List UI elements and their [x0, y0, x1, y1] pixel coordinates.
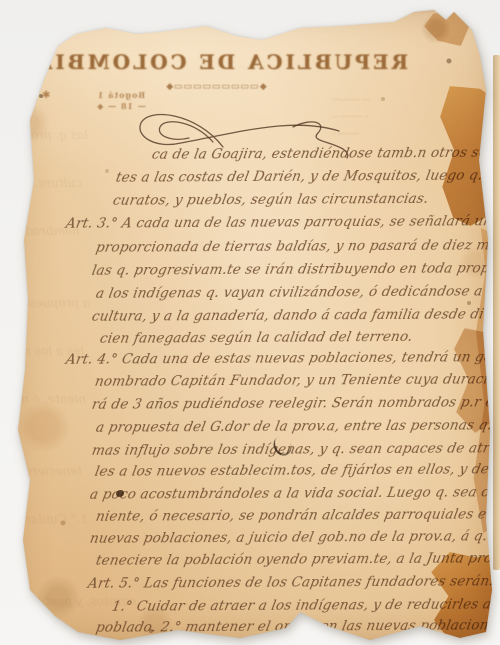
manuscript-line: 1.° Cuidar de atraer a los indígenas, y … — [110, 597, 492, 615]
paper-specks — [10, 10, 12, 12]
manuscript-line: mas influjo sobre los indígenas, y q. se… — [90, 440, 494, 459]
manuscript-line: a poco acostumbrándoles a la vida social… — [88, 484, 494, 503]
manuscript-line: a los indígenas q. vayan civilizándose, … — [94, 283, 494, 302]
manuscript-line: a propuesta del G.dor de la prov.a, entr… — [94, 417, 494, 436]
manuscript-line: poblado. 2.° mantener el orden en las nu… — [94, 618, 494, 636]
document-page: REPUBLICA DE COLOMBIA. ◆▭▭▭▭▭▭▭▭▭◆ ✱ Bog… — [10, 10, 494, 642]
manuscript-line: proporcionada de tierras baldías, y no p… — [94, 237, 494, 256]
photo-background: REPUBLICA DE COLOMBIA. ◆▭▭▭▭▭▭▭▭▭◆ ✱ Bog… — [0, 0, 500, 645]
bleed-through-ghost: 1.° Cuidar de atraer a los indígenas, y … — [12, 512, 88, 526]
manuscript-line: las q. progresivam.te se irán distribuye… — [90, 260, 494, 279]
manuscript-line: nombrado Capitán Fundador, y un Teniente… — [93, 371, 494, 390]
document-page-wrap: REPUBLICA DE COLOMBIA. ◆▭▭▭▭▭▭▭▭▭◆ ✱ Bog… — [10, 10, 494, 642]
bleed-through-ghost: teneciere la población oyendo previam.te… — [14, 464, 82, 478]
manuscript-line: tes a las costas del Darién, y de Mosqui… — [114, 168, 494, 186]
manuscript-line: curatos, y pueblos, según las circunstan… — [111, 191, 429, 209]
manuscript-line: cultura, y a la ganadería, dando á cada … — [90, 306, 494, 325]
manuscript-line: rá de 3 años pudiéndose reelegir. Serán … — [90, 394, 494, 413]
manuscript-line: ca de la Goajira, estendiéndose tamb.n o… — [150, 145, 494, 163]
bleed-through-ghost: cultura, y a la ganadería, dando á cada … — [12, 176, 82, 190]
bleed-through-ghost: las q. progresivam.te se irán distribuye… — [14, 128, 88, 142]
second-sheet-edge — [493, 55, 500, 570]
stamp-line: Bogotá 1 — [56, 90, 186, 101]
manuscript-line: Art. 3.° A cada una de las nuevas parroq… — [64, 213, 494, 232]
manuscript-line: nuevas poblaciones, a juicio del gob.no … — [88, 528, 494, 547]
letterhead-star-ornament: ✱ — [42, 90, 50, 101]
manuscript-line: niente, ó necesario, se pondrán alcaldes… — [94, 506, 494, 525]
manuscript-line: Art. 5.° Las funciones de los Capitanes … — [86, 574, 494, 592]
bleed-through-ghost: niente, ó necesario, se pondrán alcaldes… — [12, 392, 86, 406]
manuscript-line: les a los nuevos establecim.tos, de fijá… — [93, 461, 494, 480]
manuscript-line: teneciere la población oyendo previam.te… — [94, 550, 494, 569]
manuscript-line: cien fanegadas según la calidad del terr… — [98, 329, 414, 347]
manuscript-line: Art. 4.° Cada una de estas nuevas poblac… — [64, 349, 494, 368]
letterhead-title-mirrored: REPUBLICA DE COLOMBIA. — [10, 50, 422, 74]
bleed-through-ghost: a propuesta del G.dor de la prov.a, entr… — [12, 296, 90, 310]
